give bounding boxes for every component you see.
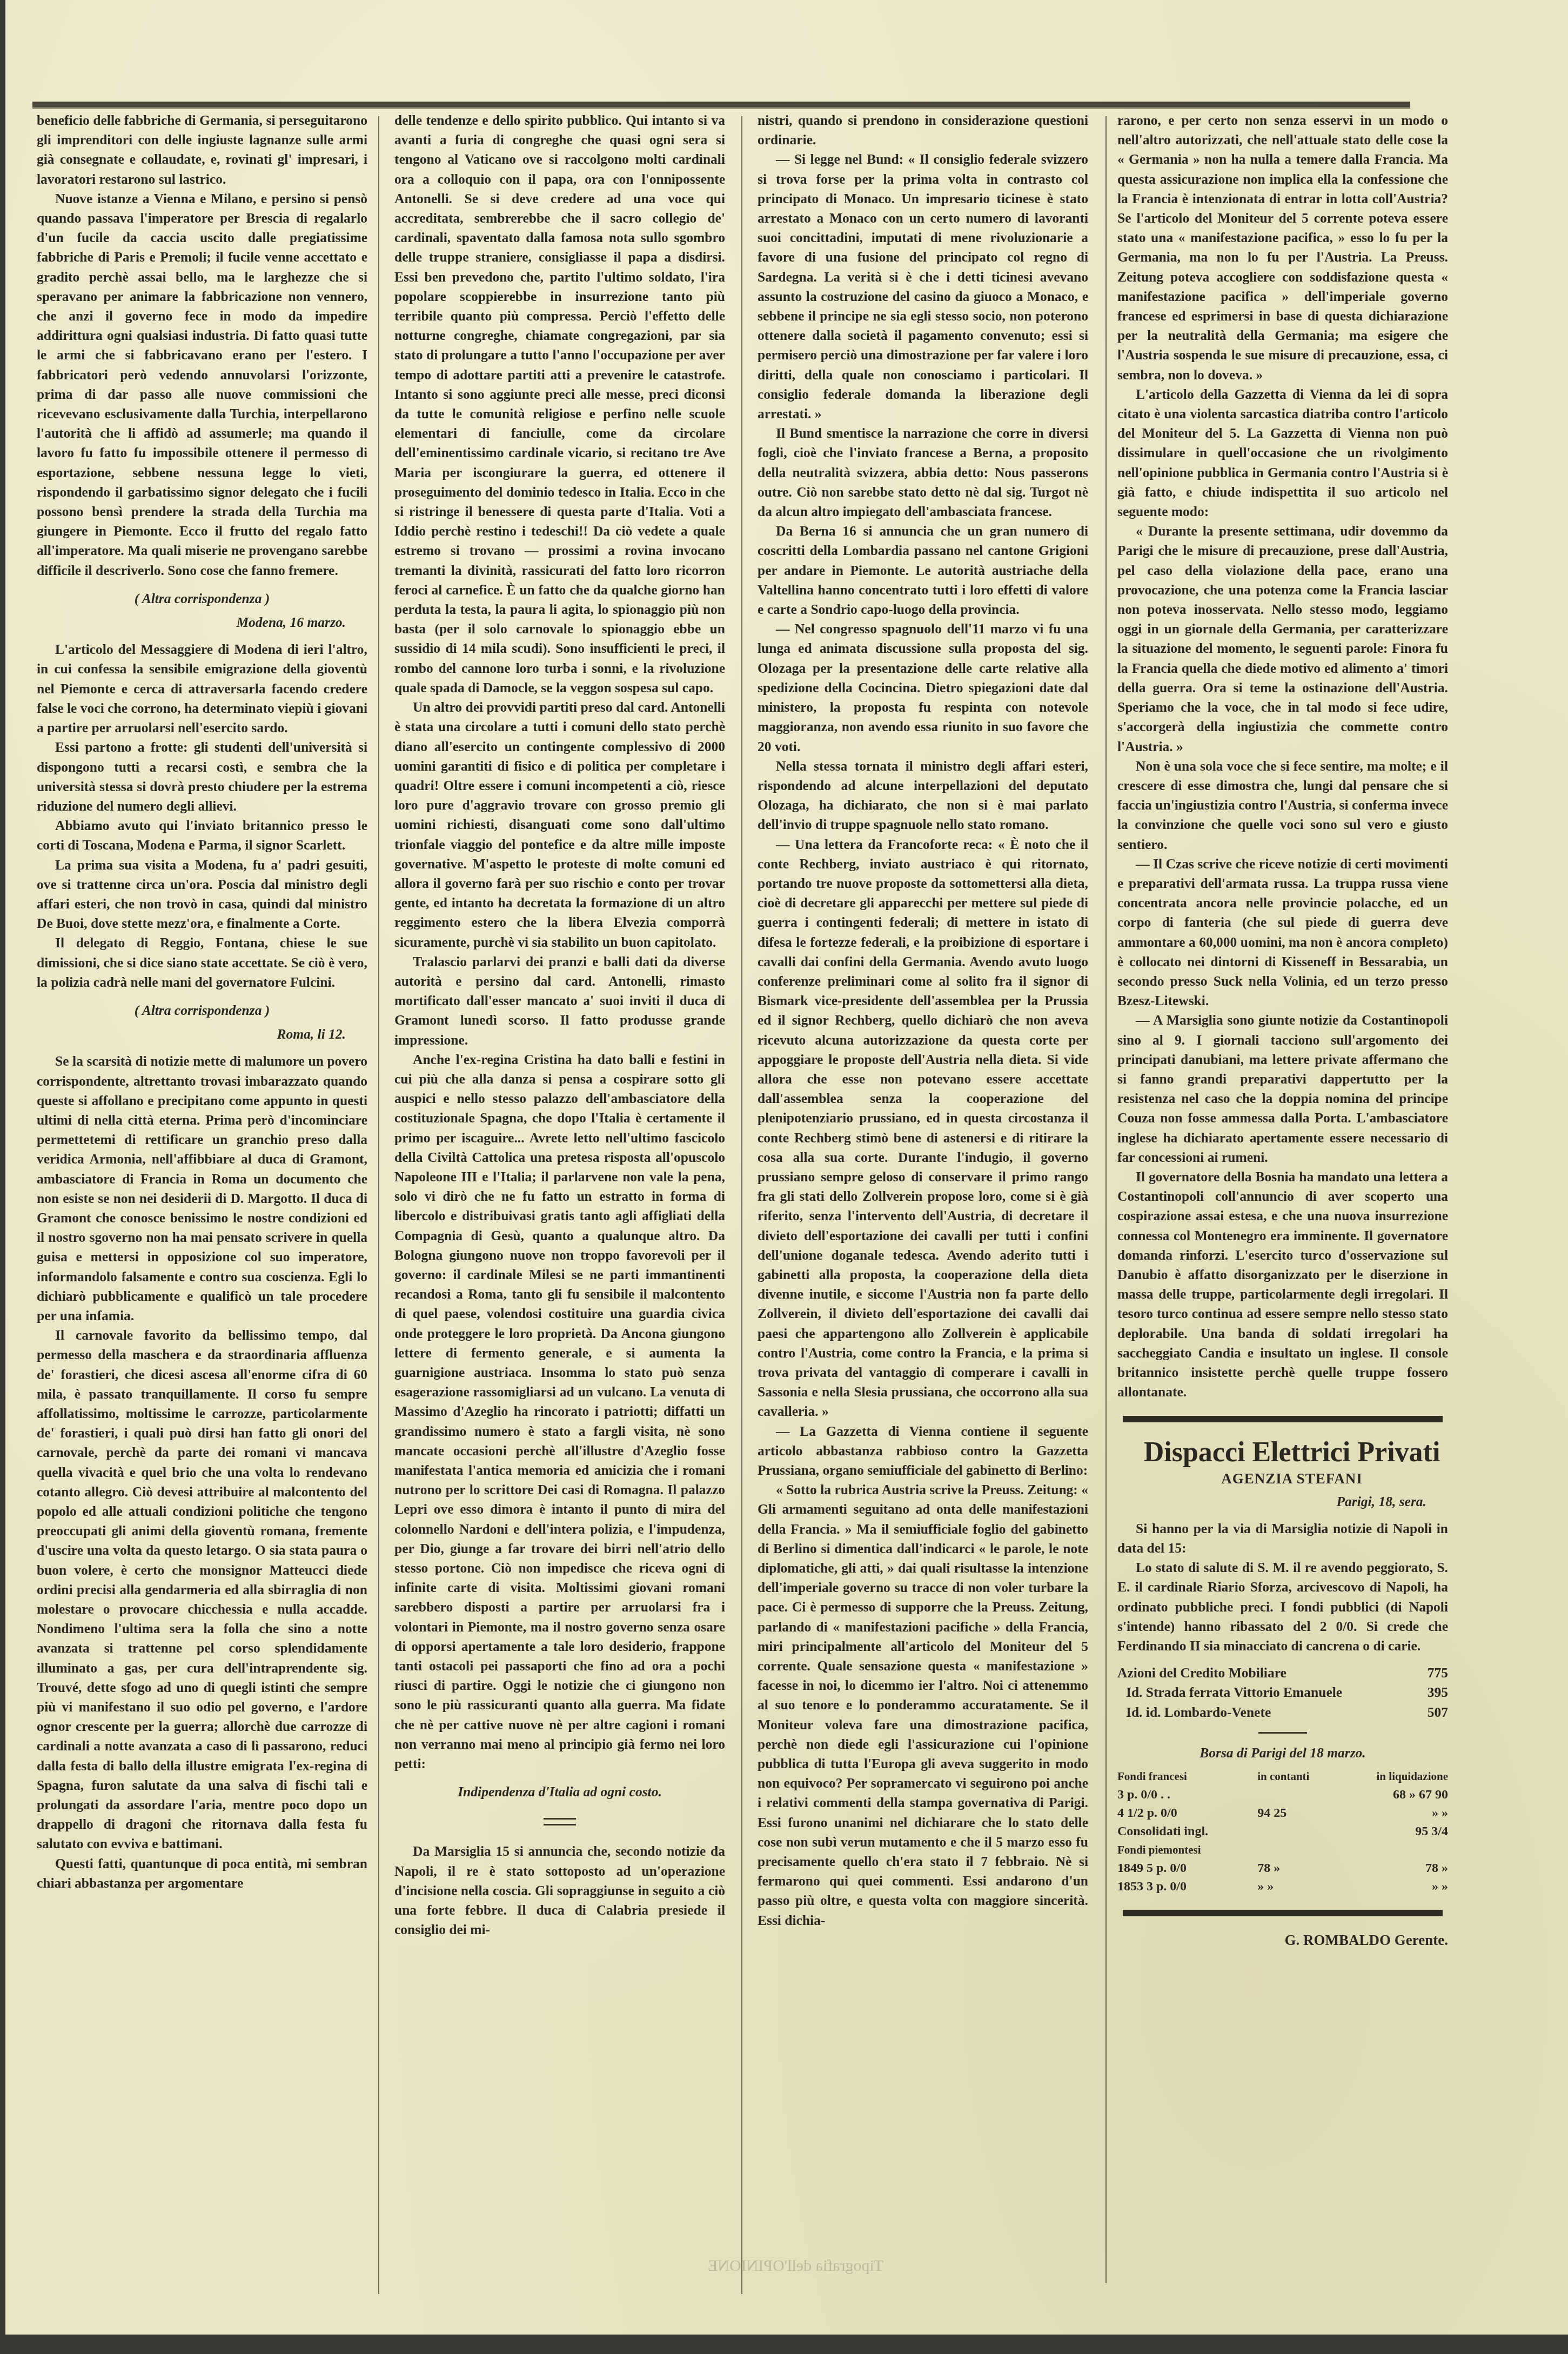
- borsa-row: 1853 3 p. 0/0 » » » »: [1117, 1877, 1448, 1896]
- share-row: Azioni del Credito Mobiliare 775: [1117, 1663, 1448, 1683]
- borsa-liq: 68 » 67 90: [1338, 1785, 1448, 1804]
- borsa-label: 3 p. 0/0 . .: [1117, 1785, 1257, 1804]
- borsa-cash: 94 25: [1257, 1804, 1337, 1822]
- closing-rule: [1123, 1910, 1443, 1916]
- borsa-liq: » »: [1338, 1804, 1448, 1822]
- borsa-cash: [1257, 1785, 1337, 1804]
- column-divider: [741, 116, 742, 2294]
- paragraph: L'articolo del Messaggiere di Modena di …: [37, 640, 367, 738]
- borsa-row: 1849 5 p. 0/0 78 » 78 »: [1117, 1859, 1448, 1877]
- paragraph: Il carnovale favorito da bellissimo temp…: [37, 1326, 367, 1854]
- paragraph: rarono, e per certo non senza esservi in…: [1117, 111, 1448, 385]
- paragraph: Questi fatti, quantunque di poca entità,…: [37, 1854, 367, 1893]
- share-label: Id. id. Lombardo-Venete: [1117, 1703, 1428, 1722]
- borsa-label: 4 1/2 p. 0/0: [1117, 1804, 1257, 1822]
- borsa-header: in contanti: [1257, 1767, 1337, 1785]
- borsa-header: in liquidazione: [1338, 1767, 1448, 1785]
- paragraph: Il Bund smentisce la narrazione che corr…: [758, 424, 1088, 521]
- paragraph: delle tendenze e dello spirito pubblico.…: [394, 111, 725, 698]
- paragraph: Da Marsiglia 15 si annuncia che, secondo…: [394, 1842, 725, 1940]
- borsa-label: Fondi piemontesi: [1117, 1841, 1257, 1859]
- share-label: Id. Strada ferrata Vittorio Emanuele: [1117, 1683, 1428, 1702]
- share-label: Azioni del Credito Mobiliare: [1117, 1663, 1428, 1683]
- borsa-table: Fondi francesi in contanti in liquidazio…: [1117, 1767, 1448, 1896]
- paragraph: — Il Czas scrive che riceve notizie di c…: [1117, 854, 1448, 1011]
- borsa-liq: [1338, 1841, 1448, 1859]
- borsa-row: 4 1/2 p. 0/0 94 25 » »: [1117, 1804, 1448, 1822]
- dateline: Modena, 16 marzo.: [37, 613, 346, 632]
- dispatch-agency: AGENZIA STEFANI: [1117, 1469, 1448, 1488]
- column-3: nistri, quando si prendono in consideraz…: [758, 111, 1088, 1930]
- paragraph: La prima sua visita a Modena, fu a' padr…: [37, 855, 367, 934]
- borsa-cash: » »: [1257, 1877, 1337, 1896]
- borsa-row: Fondi piemontesi: [1117, 1841, 1448, 1859]
- paragraph: Il delegato di Reggio, Fontana, chiese l…: [37, 933, 367, 992]
- paragraph: Anche l'ex-regina Cristina ha dato balli…: [394, 1050, 725, 1774]
- paragraph: — La Gazzetta di Vienna contiene il segu…: [758, 1422, 1088, 1481]
- borsa-liq: 78 »: [1338, 1859, 1448, 1877]
- share-value: 775: [1428, 1663, 1448, 1683]
- paragraph: Si hanno per la via di Marsiglia notizie…: [1117, 1519, 1448, 1558]
- borsa-title: Borsa di Parigi del 18 marzo.: [1117, 1743, 1448, 1763]
- borsa-header: Fondi francesi: [1117, 1767, 1257, 1785]
- paragraph: Il governatore della Bosnia ha mandato u…: [1117, 1167, 1448, 1402]
- share-value: 395: [1428, 1683, 1448, 1702]
- paragraph: « Durante la presente settimana, udir do…: [1117, 521, 1448, 756]
- paragraph: Nuove istanze a Vienna e Milano, e persi…: [37, 189, 367, 580]
- borsa-cash: [1257, 1822, 1337, 1841]
- borsa-cash: [1257, 1841, 1337, 1859]
- column-divider: [1105, 116, 1107, 2283]
- paragraph: nistri, quando si prendono in consideraz…: [758, 111, 1088, 150]
- borsa-liq: » »: [1338, 1877, 1448, 1896]
- paragraph: Se la scarsità di notizie mette di malum…: [37, 1052, 367, 1326]
- bleed-through-text: Tipografia dell'OPINIONE: [708, 2257, 883, 2275]
- dispatch-section: Dispacci Elettrici Privati AGENZIA STEFA…: [1117, 1436, 1448, 1722]
- borsa-label: Consolidati ingl.: [1117, 1822, 1257, 1841]
- borsa-cash: 78 »: [1257, 1859, 1337, 1877]
- dateline: Parigi, 18, sera.: [1117, 1492, 1426, 1512]
- paragraph: L'articolo della Gazzetta di Vienna da l…: [1117, 385, 1448, 521]
- borsa-row: 3 p. 0/0 . . 68 » 67 90: [1117, 1785, 1448, 1804]
- paragraph: Nella stessa tornata il ministro degli a…: [758, 757, 1088, 835]
- paragraph: Lo stato di salute di S. M. il re avendo…: [1117, 1558, 1448, 1656]
- paragraph: — Nel congresso spagnuolo dell'11 marzo …: [758, 619, 1088, 756]
- newspaper-page: beneficio delle fabbriche di Germania, s…: [5, 0, 1568, 2335]
- section-label: ( Altra corrispondenza ): [37, 589, 367, 608]
- column-2: delle tendenze e dello spirito pubblico.…: [394, 111, 725, 1940]
- paragraph: — Si legge nel Bund: « Il consiglio fede…: [758, 150, 1088, 424]
- top-rule: [32, 102, 1410, 109]
- borsa-header-row: Fondi francesi in contanti in liquidazio…: [1117, 1767, 1448, 1785]
- dispatch-title: Dispacci Elettrici Privati: [1117, 1436, 1448, 1469]
- paragraph: « Sotto la rubrica Austria scrive la Pre…: [758, 1480, 1088, 1930]
- short-rule: [1258, 1732, 1307, 1734]
- borsa-label: 1853 3 p. 0/0: [1117, 1877, 1257, 1896]
- section-separator: [544, 1818, 576, 1825]
- shares-list: Azioni del Credito Mobiliare 775 Id. Str…: [1117, 1663, 1448, 1722]
- borsa-liq: 95 3/4: [1338, 1822, 1448, 1841]
- section-rule: [1123, 1416, 1443, 1422]
- column-divider: [378, 116, 379, 2294]
- column-1: beneficio delle fabbriche di Germania, s…: [37, 111, 367, 1893]
- paragraph: Essi partono a frotte: gli studenti dell…: [37, 738, 367, 816]
- share-value: 507: [1428, 1703, 1448, 1722]
- borsa-row: Consolidati ingl. 95 3/4: [1117, 1822, 1448, 1841]
- section-label: ( Altra corrispondenza ): [37, 1001, 367, 1020]
- signature: G. ROMBALDO Gerente.: [1117, 1930, 1448, 1950]
- paragraph: Non è una sola voce che si fece sentire,…: [1117, 757, 1448, 854]
- dateline: Roma, li 12.: [37, 1025, 346, 1044]
- motto: Indipendenza d'Italia ad ogni costo.: [394, 1782, 725, 1802]
- borsa-label: 1849 5 p. 0/0: [1117, 1859, 1257, 1877]
- paragraph: Da Berna 16 si annuncia che un gran nume…: [758, 521, 1088, 619]
- paragraph: Tralascio parlarvi dei pranzi e balli da…: [394, 952, 725, 1050]
- paragraph: — Una lettera da Francoforte reca: « È n…: [758, 835, 1088, 1422]
- share-row: Id. Strada ferrata Vittorio Emanuele 395: [1117, 1683, 1448, 1702]
- column-4: rarono, e per certo non senza esservi in…: [1117, 111, 1448, 1950]
- paragraph: beneficio delle fabbriche di Germania, s…: [37, 111, 367, 189]
- paragraph: Un altro dei provvidi partiti preso dal …: [394, 698, 725, 952]
- share-row: Id. id. Lombardo-Venete 507: [1117, 1703, 1448, 1722]
- paragraph: — A Marsiglia sono giunte notizie da Cos…: [1117, 1011, 1448, 1167]
- paragraph: Abbiamo avuto qui l'inviato britannico p…: [37, 816, 367, 855]
